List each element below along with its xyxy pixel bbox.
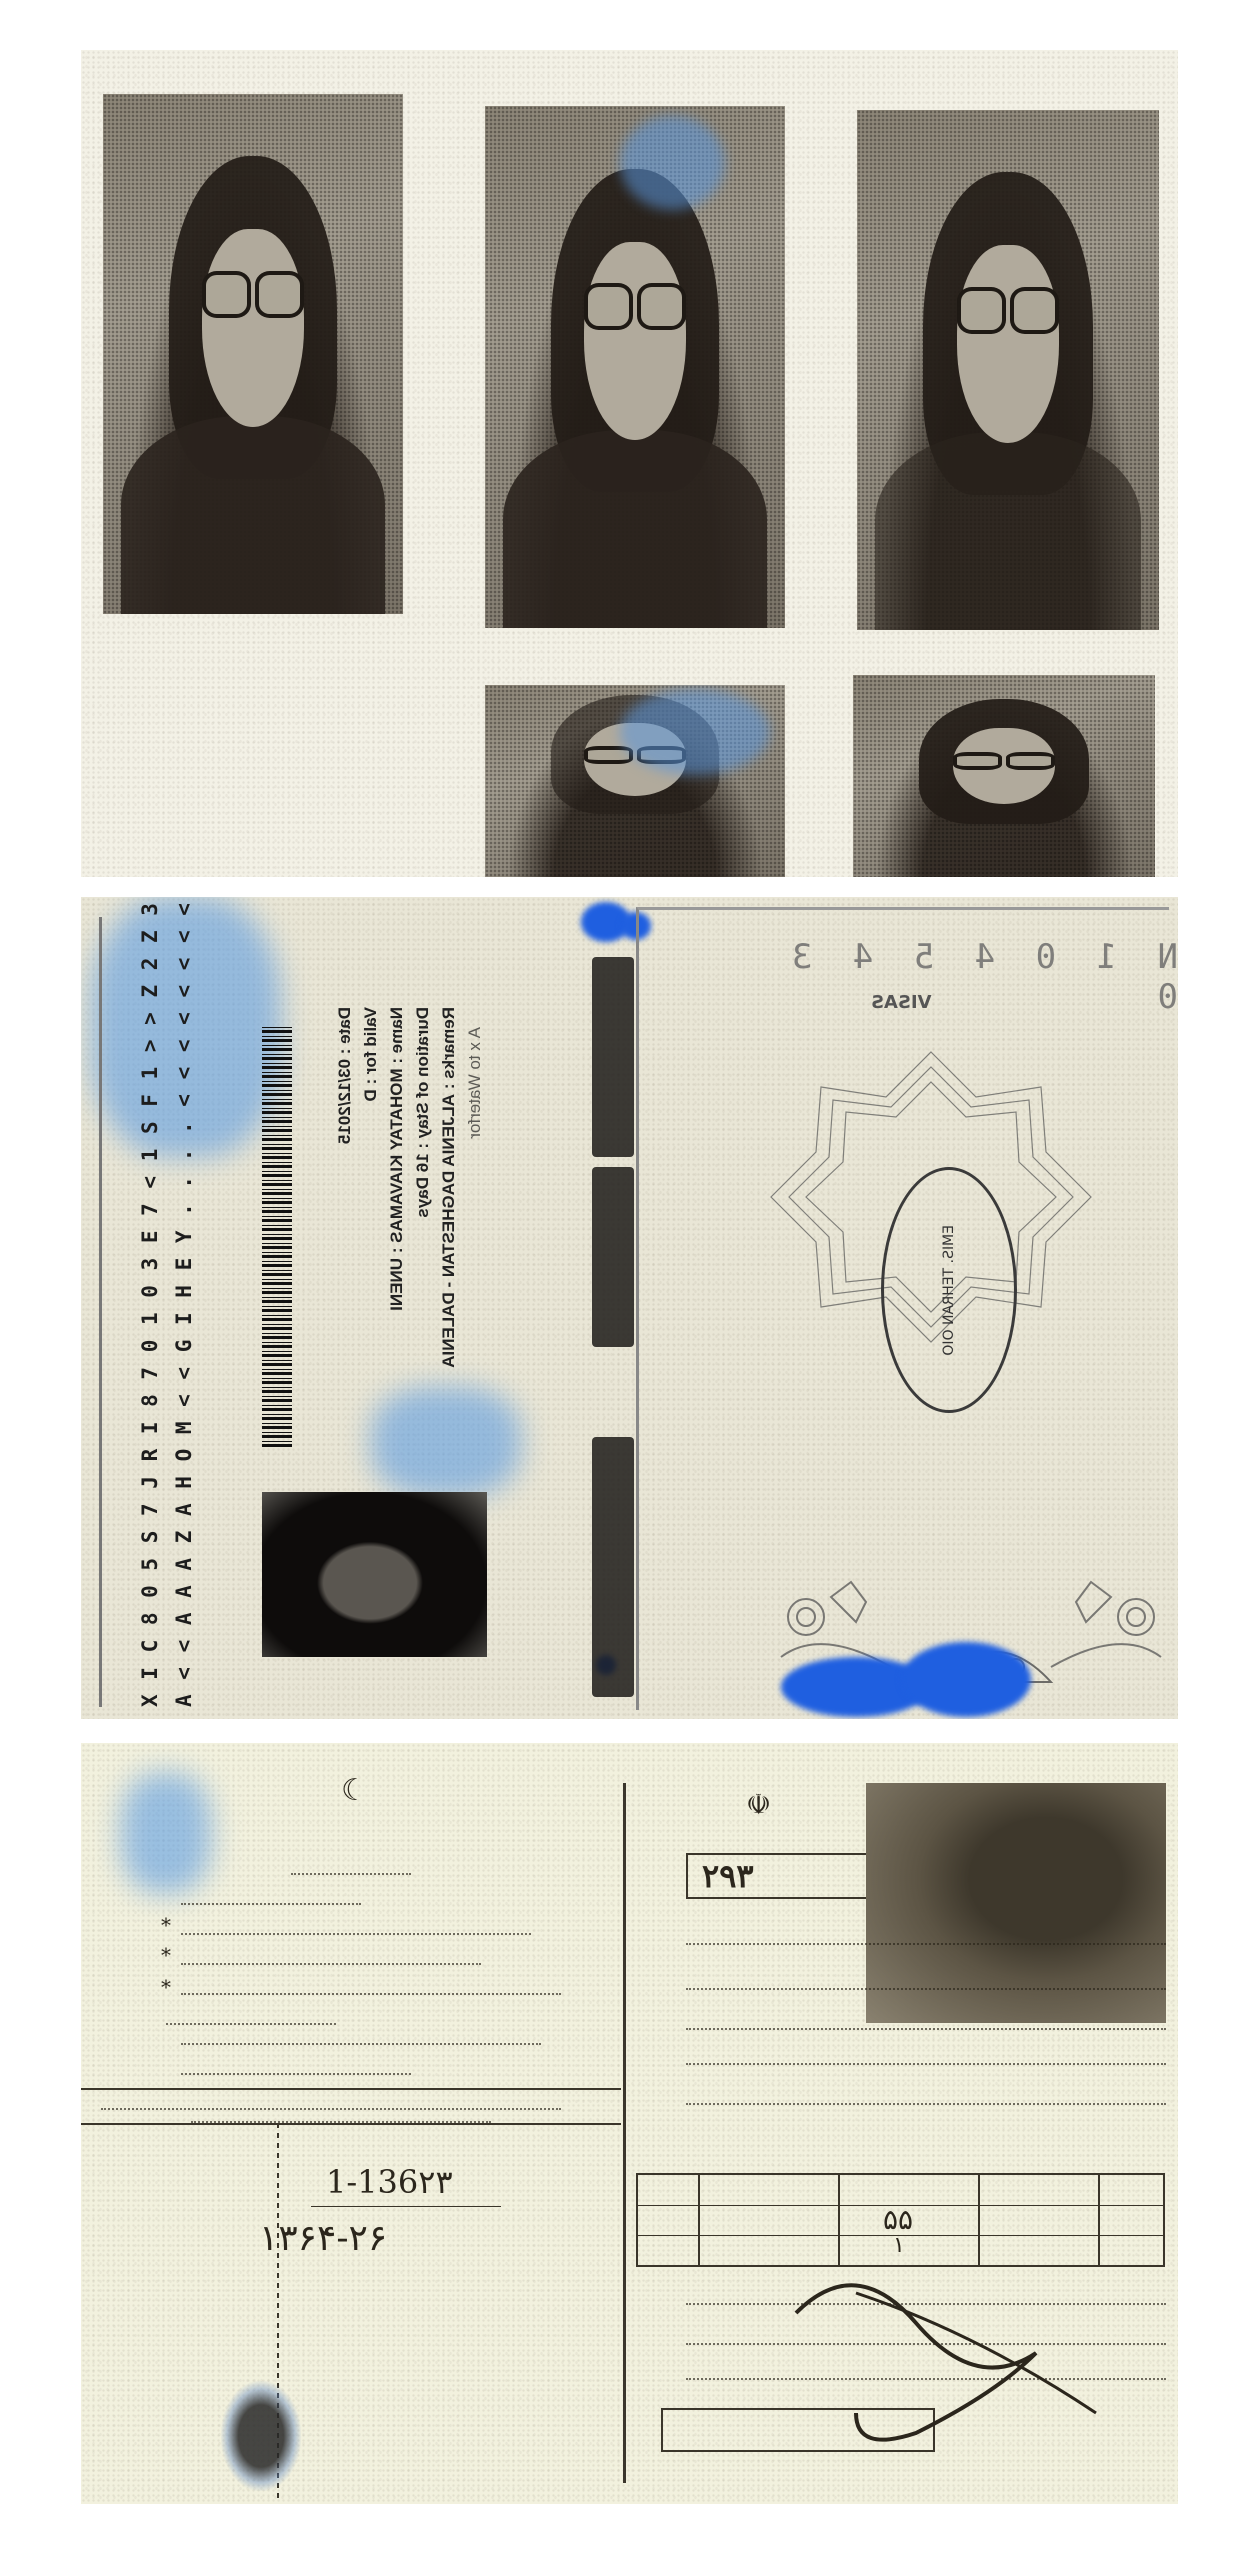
visa-field: Date : 03/12/2015 [332, 1007, 358, 1719]
date-code: ۱۳۶۴-۲۶ [259, 2218, 387, 2259]
blue-wash-accent [620, 689, 770, 775]
script-line [101, 2108, 561, 2110]
portrait-print [485, 106, 785, 628]
portrait-body [121, 416, 385, 614]
blue-wash-accent [620, 116, 725, 210]
emblem-icon: ☫ [746, 1788, 771, 1821]
divider [311, 2206, 501, 2207]
passport-data-page: X I C 8 0 5 S 7 J R I 8 7 0 1 0 3 E 7 < … [99, 917, 632, 1707]
portrait-face [202, 229, 304, 427]
portrait-print [853, 675, 1155, 877]
stamp-band [592, 1437, 634, 1697]
id-booklet-print-panel: ☾ * * * 1-136۲۳ ۱۳۶۴-۲۶ ☫ ۲۹۳ [81, 1743, 1178, 2504]
glasses-icon [953, 752, 1056, 770]
portrait-face [957, 245, 1060, 443]
glasses-icon [584, 283, 686, 330]
script-line [686, 1943, 1166, 1945]
script-line [181, 2043, 541, 2045]
entry-stamp: EMIS. TEHRAN OIO [881, 1167, 1017, 1413]
barcode-icon [262, 1027, 292, 1447]
bullet-mark: * [161, 1975, 171, 1999]
portrait-body [875, 432, 1141, 630]
visa-field: Remarks : ALJENIA DAGHESTAN - DALENIA [436, 1007, 462, 1719]
portrait-print [485, 685, 785, 877]
signature-icon [776, 2253, 1136, 2473]
script-line [181, 1963, 481, 1965]
thumbprint [221, 2381, 301, 2491]
visa-field: Valid for : D [358, 1007, 384, 1719]
holder-photo [866, 1783, 1166, 2023]
script-line [686, 2063, 1166, 2065]
bullet-mark: * [161, 1913, 171, 1937]
divider [81, 2088, 621, 2090]
emblem-icon: ☾ [341, 1773, 368, 1808]
portrait-print [857, 110, 1159, 630]
visa-fields: Date : 03/12/2015 Valid for : D Name : M… [332, 1007, 488, 1719]
mrz-line: A < < A A A Z A H O M < < G I H E Y . . … [172, 947, 196, 1707]
visa-page-heading: VISAS [871, 992, 932, 1013]
passport-print-panel: X I C 8 0 5 S 7 J R I 8 7 0 1 0 3 E 7 < … [81, 897, 1178, 1719]
id-booklet-left-page: ☾ * * * 1-136۲۳ ۱۳۶۴-۲۶ [81, 1743, 621, 2504]
visa-field: Name : MOHATAY KIAVAMAS : UNENI [384, 1007, 410, 1719]
script-line [291, 1873, 411, 1875]
script-line [181, 1993, 561, 1995]
script-line [181, 1903, 361, 1905]
ornament-icon [1041, 1577, 1171, 1687]
stamp-band [592, 1167, 634, 1347]
portrait-print [103, 94, 403, 614]
stamp-band [592, 957, 634, 1157]
script-line [181, 1933, 531, 1935]
script-line [686, 2103, 1166, 2105]
id-booklet-right-page: ☫ ۲۹۳ ۵۵ ۱ [623, 1783, 1171, 2483]
blue-ink-blot [901, 1642, 1031, 1717]
script-line [181, 2073, 411, 2075]
mrz-line: X I C 8 0 5 S 7 J R I 8 7 0 1 0 3 E 7 < … [138, 947, 162, 1707]
table-value: ۵۵ [883, 2203, 913, 2236]
bullet-mark: * [161, 1943, 171, 1967]
glasses-icon [202, 271, 304, 318]
holder-note: A x to Waterfor [462, 1027, 488, 1719]
portrait-body [503, 430, 767, 628]
portrait-prints-panel [81, 50, 1178, 877]
script-line [166, 2023, 336, 2025]
blue-wash-stain [121, 1773, 211, 1893]
script-line [686, 1988, 1166, 1990]
divider [81, 2123, 621, 2125]
id-number: 1-136۲۳ [326, 2163, 453, 2201]
glasses-icon [957, 287, 1060, 334]
visa-field: Duration of Stay : 16 Days [410, 1007, 436, 1719]
portrait-face [584, 242, 686, 440]
visa-page-number: N 1 0 4 5 4 3 0 [721, 937, 1178, 1017]
script-line [686, 2028, 1166, 2030]
